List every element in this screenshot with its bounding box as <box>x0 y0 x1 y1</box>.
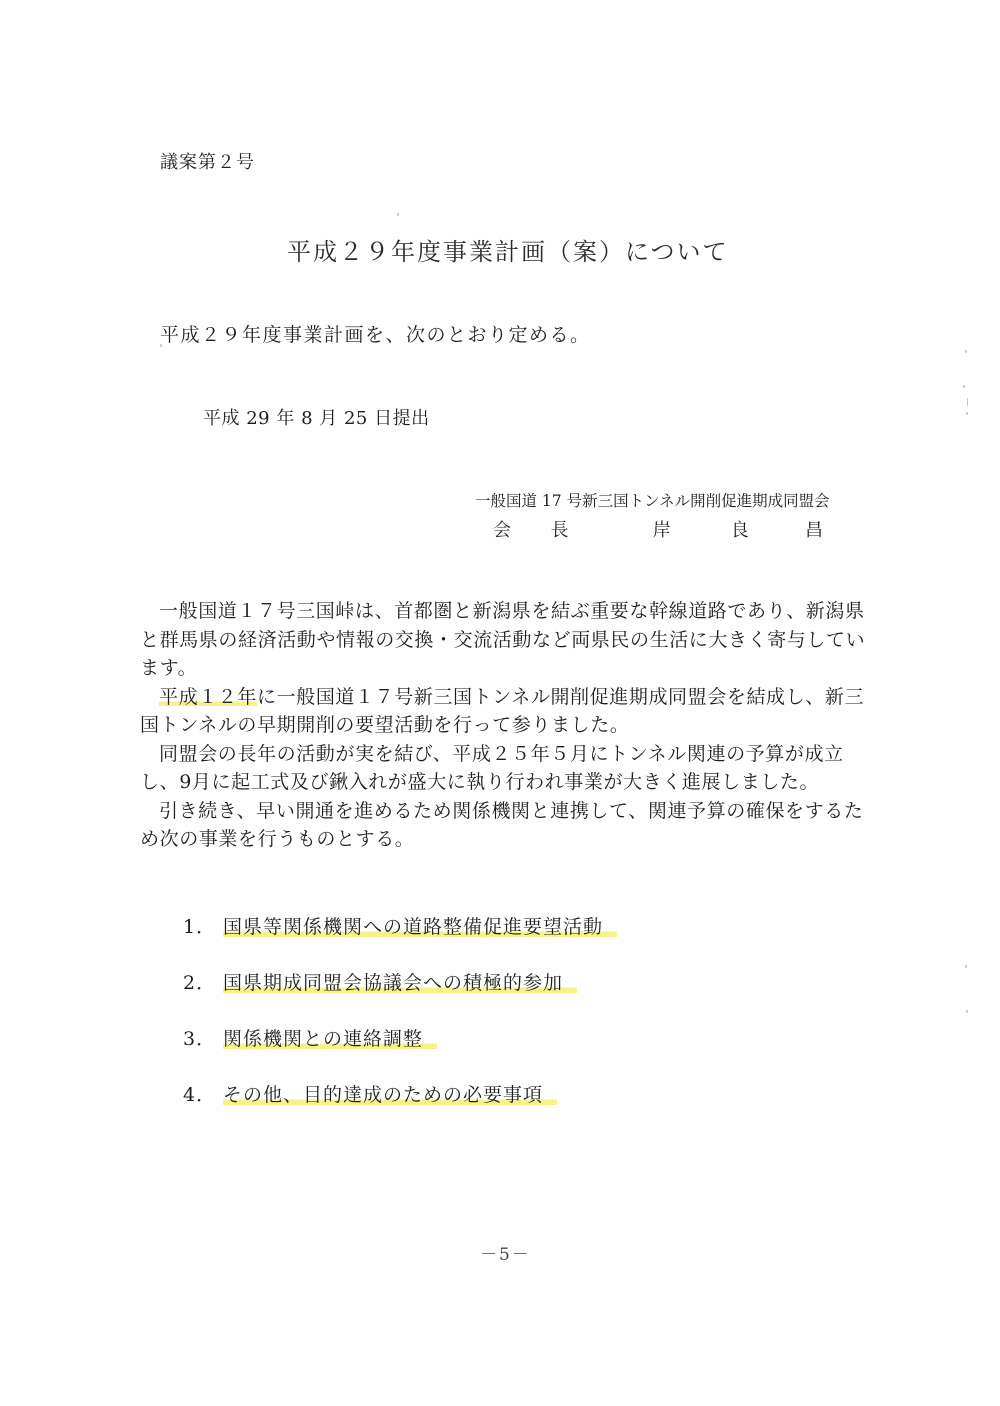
signatory-role-char: 会 <box>493 516 551 542</box>
signatory-name-char: 良 <box>731 516 805 542</box>
paragraph-text: 一般国道１７号三国峠は、首都圏と新潟県を結ぶ重要な幹線道路であり、新潟県と群馬県… <box>140 600 865 679</box>
list-item: 1． 国県等関係機関への道路整備促進要望活動 <box>183 912 617 968</box>
scan-speck <box>965 350 967 353</box>
paragraph: 同盟会の長年の活動が実を結び、平成２５年５月にトンネル関連の予算が成立し、9月に… <box>140 740 875 797</box>
scan-speck <box>397 213 399 216</box>
bill-number: 議案第２号 <box>160 148 255 174</box>
signatory-role-char: 長 <box>551 516 653 542</box>
scan-speck <box>967 398 968 406</box>
paragraph: 一般国道１７号三国峠は、首都圏と新潟県を結ぶ重要な幹線道路であり、新潟県と群馬県… <box>140 597 875 683</box>
item-number: 4． <box>183 1080 223 1107</box>
list-item: 4． その他、目的達成のための必要事項 <box>183 1080 617 1136</box>
organization-name: 一般国道 17 号新三国トンネル開削促進期成同盟会 <box>475 489 830 511</box>
item-list: 1． 国県等関係機関への道路整備促進要望活動 2． 国県期成同盟会協議会への積極… <box>183 912 617 1136</box>
item-text: その他、目的達成のための必要事項 <box>223 1080 557 1107</box>
item-text: 関係機関との連絡調整 <box>223 1024 437 1051</box>
body-text: 一般国道１７号三国峠は、首都圏と新潟県を結ぶ重要な幹線道路であり、新潟県と群馬県… <box>140 597 875 854</box>
paragraph: 引き続き、早い開通を進めるため関係機関と連携して、関連予算の確保をするため次の事… <box>140 797 875 854</box>
submission-date: 平成 29 年 8 月 25 日提出 <box>203 404 430 430</box>
document-page: 議案第２号 平成２９年度事業計画（案）について 平成２９年度事業計画を、次のとお… <box>0 0 1000 1406</box>
document-title: 平成２９年度事業計画（案）について <box>287 232 729 267</box>
scan-speck <box>966 412 968 415</box>
scan-speck <box>160 344 162 347</box>
item-text: 国県期成同盟会協議会への積極的参加 <box>223 968 577 995</box>
scan-speck <box>966 1010 968 1013</box>
item-text: 国県等関係機関への道路整備促進要望活動 <box>223 912 617 939</box>
signatory-name-char: 岸 <box>653 516 731 542</box>
highlighted-text: 平成１２年 <box>159 686 257 708</box>
list-item: 2． 国県期成同盟会協議会への積極的参加 <box>183 968 617 1024</box>
item-number: 3． <box>183 1024 223 1051</box>
paragraph-text: 引き続き、早い開通を進めるため関係機関と連携して、関連予算の確保をするため次の事… <box>140 800 863 851</box>
paragraph: 平成１２年に一般国道１７号新三国トンネル開削促進期成同盟会を結成し、新三国トンネ… <box>140 683 875 740</box>
scan-speck <box>963 385 965 388</box>
signatory-name-char: 昌 <box>805 516 823 542</box>
intro-sentence: 平成２９年度事業計画を、次のとおり定める。 <box>160 320 591 347</box>
item-number: 2． <box>183 968 223 995</box>
paragraph-text: 同盟会の長年の活動が実を結び、平成２５年５月にトンネル関連の予算が成立し、9月に… <box>140 743 844 794</box>
scan-speck <box>965 965 967 968</box>
list-item: 3． 関係機関との連絡調整 <box>183 1024 617 1080</box>
page-number: －5－ <box>480 1240 531 1265</box>
signatory: 会 長 岸 良 昌 <box>493 516 823 542</box>
item-number: 1． <box>183 912 223 939</box>
